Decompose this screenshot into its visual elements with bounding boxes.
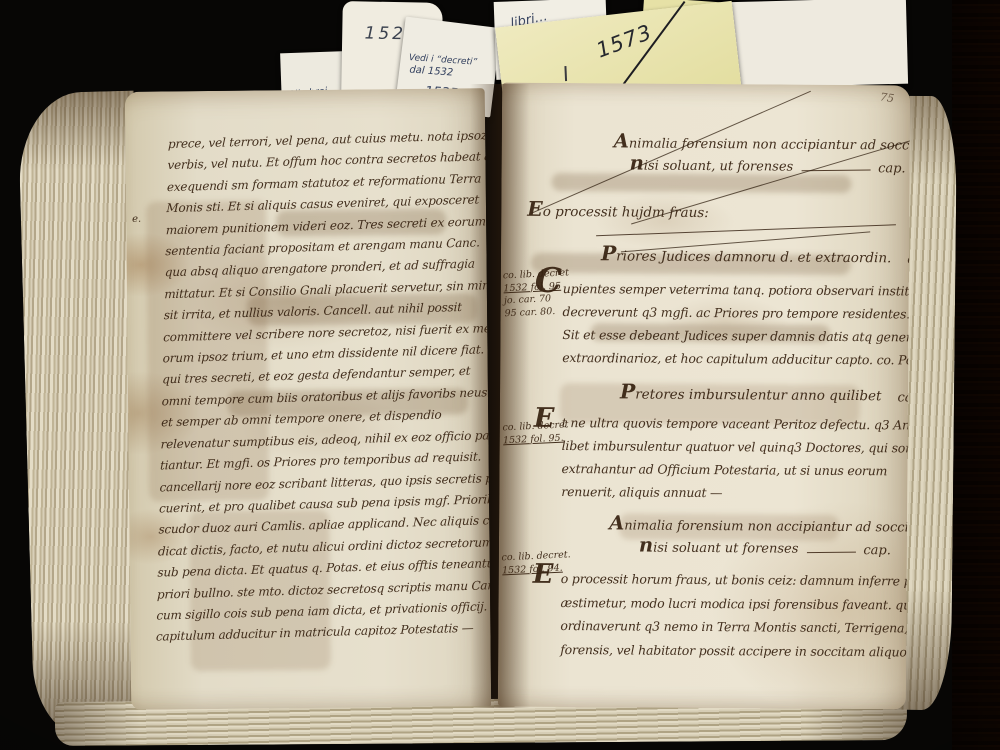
heading-text: Pretores imbursulentur anno quilibet xyxy=(620,379,882,405)
paragraph-eo-processit: E o processit horum fraus, ut bonis ceiz… xyxy=(560,567,905,663)
heading-pretores: Pretores imbursulentur anno quilibet cap… xyxy=(620,379,902,405)
cap-label: cap. xyxy=(878,161,906,176)
ink-dash xyxy=(806,550,855,554)
manuscript-line: libet imbursulentur quatuor vel quinq3 D… xyxy=(562,434,906,459)
struck-note-text: Eo processit hujdm fraus: xyxy=(527,197,709,222)
manuscript-line: upientes semper veterrima tanq. potiora … xyxy=(563,277,907,302)
struck-note-eo-processit: Eo processit hujdm fraus: xyxy=(527,197,709,222)
manuscript-line: æstimetur, modo lucri modica ipsi forens… xyxy=(560,591,904,617)
cap-label: cap. xyxy=(863,543,891,558)
folio-number: 75 xyxy=(879,90,895,105)
heading-animalia-2-line2: nisi soluant ut forenses cap. xyxy=(639,534,891,559)
manuscript-line: renuerit, aliquis annuat — xyxy=(561,480,905,505)
sticky-note-year: 1573 xyxy=(593,20,655,63)
heading-animalia-1-line1: Animalia forensium non accipiantur ad so… xyxy=(614,129,906,154)
heading-text: Priores Judices damnoru d. et extraordin… xyxy=(601,241,892,267)
paragraph-cupientes: C upientes semper veterrima tanq. potior… xyxy=(562,277,907,371)
manuscript-line: o processit horum fraus, ut bonis ceiz: … xyxy=(561,567,905,593)
heading-animalia-1-line2: nisi soluant, ut forenses cap. xyxy=(630,151,906,176)
manuscript-line: extrahantur ad Officium Potestaria, ut s… xyxy=(561,457,905,482)
left-page-text-block: prece, vel terrori, vel pena, aut cuius … xyxy=(156,125,492,648)
margin-note-2: co. lib. decret 1532 fol. 95. xyxy=(502,419,569,447)
left-margin-mark: e. xyxy=(132,214,141,225)
margin-note-line: 1532 fol. 95. xyxy=(503,432,570,447)
margin-note-line: 95 car. 80. xyxy=(504,305,571,320)
margin-note-3: co. lib. decret. 1532 fol. 94. xyxy=(501,549,571,577)
left-page: e. prece, vel terrori, vel pena, aut cui… xyxy=(125,88,491,710)
ink-rule xyxy=(596,224,896,236)
manuscript-line: Sit et esse debeant Judices super damnis… xyxy=(562,323,906,348)
manuscript-photo: Gli ebrei … 1527 Vedi i “decreti” dal 15… xyxy=(0,0,1000,750)
manuscript-line: ordinaverunt q3 nemo in Terra Montis san… xyxy=(560,614,904,640)
heading-text: nisi soluant ut forenses xyxy=(639,534,799,558)
manuscript-line: decreverunt q3 mgfi. ac Priores pro temp… xyxy=(563,300,907,325)
bookmark-tab-vedi-line2: dal 1532 xyxy=(409,64,454,78)
sticky-note-tick-mark xyxy=(564,66,567,81)
right-page: 75 Animalia forensium non accipiantur ad… xyxy=(498,83,910,710)
heading-text: nisi soluant, ut forenses xyxy=(630,151,794,175)
white-slip-right xyxy=(721,0,908,88)
margin-note-1: co. lib. decret 1532 fol. 95 jo. car. 70… xyxy=(503,267,571,320)
heading-priores-judices: Priores Judices damnoru d. et extraordin… xyxy=(601,241,903,267)
manuscript-line: t ne ultra quovis tempore vaceant Perito… xyxy=(562,411,906,436)
paragraph-et-ne: E t ne ultra quovis tempore vaceant Peri… xyxy=(561,411,906,505)
wood-table-edge xyxy=(952,0,1000,750)
manuscript-line: forensis, vel habitator possit accipere … xyxy=(560,638,904,664)
manuscript-line: extraordinarioz, et hoc capitulum adduci… xyxy=(562,346,906,371)
heading-animalia-2-line1: Animalia forensium non accipiantur ad so… xyxy=(609,511,901,536)
